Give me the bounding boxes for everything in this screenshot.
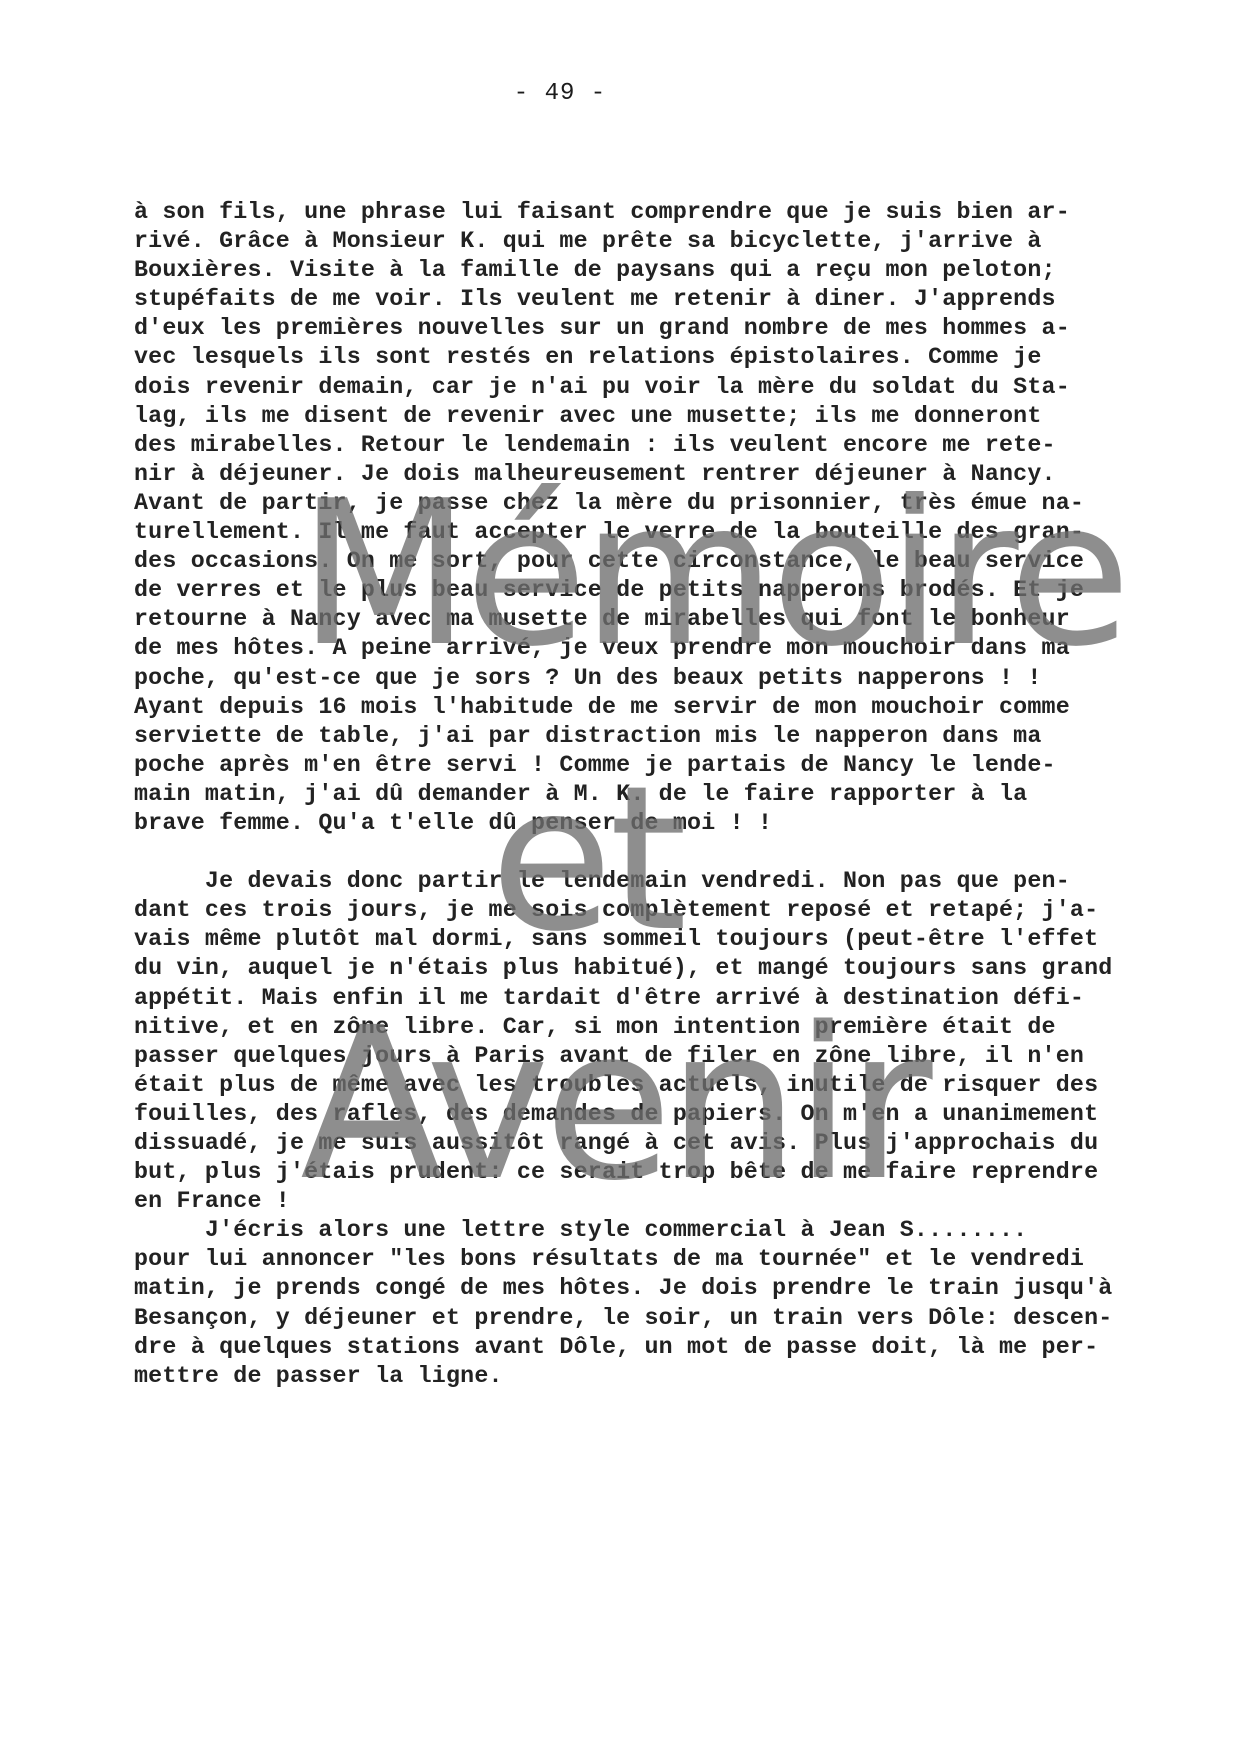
text-line: matin, je prends congé de mes hôtes. Je …	[134, 1274, 1134, 1303]
text-line: J'écris alors une lettre style commercia…	[134, 1216, 1134, 1245]
text-line: de mes hôtes. A peine arrivé, je veux pr…	[134, 634, 1134, 663]
text-line: vais même plutôt mal dormi, sans sommeil…	[134, 925, 1134, 954]
text-line: de verres et le plus beau service de pet…	[134, 576, 1134, 605]
text-line: Besançon, y déjeuner et prendre, le soir…	[134, 1304, 1134, 1333]
text-line: pour lui annoncer "les bons résultats de…	[134, 1245, 1134, 1274]
text-line: Je devais donc partir le lendemain vendr…	[134, 867, 1134, 896]
paragraph-2: Je devais donc partir le lendemain vendr…	[134, 867, 1134, 1216]
text-line: passer quelques jours à Paris avant de f…	[134, 1042, 1134, 1071]
body-text: à son fils, une phrase lui faisant compr…	[134, 198, 1134, 1391]
text-line: fouilles, des rafles, des demandes de pa…	[134, 1100, 1134, 1129]
text-line: appétit. Mais enfin il me tardait d'être…	[134, 984, 1134, 1013]
text-line: Bouxières. Visite à la famille de paysan…	[134, 256, 1134, 285]
text-line: Ayant depuis 16 mois l'habitude de me se…	[134, 693, 1134, 722]
text-line: brave femme. Qu'a t'elle dû penser de mo…	[134, 809, 1134, 838]
text-line: mettre de passer la ligne.	[134, 1362, 1134, 1391]
text-line: dissuadé, je me suis aussitôt rangé à ce…	[134, 1129, 1134, 1158]
text-line: à son fils, une phrase lui faisant compr…	[134, 198, 1134, 227]
text-line: était plus de même avec les troubles act…	[134, 1071, 1134, 1100]
text-line: serviette de table, j'ai par distraction…	[134, 722, 1134, 751]
text-line: dre à quelques stations avant Dôle, un m…	[134, 1333, 1134, 1362]
text-line: stupéfaits de me voir. Ils veulent me re…	[134, 285, 1134, 314]
text-line: du vin, auquel je n'étais plus habitué),…	[134, 954, 1134, 983]
paragraph-gap	[134, 838, 1134, 867]
text-line: dant ces trois jours, je me sois complèt…	[134, 896, 1134, 925]
text-line: en France !	[134, 1187, 1134, 1216]
text-line: rivé. Grâce à Monsieur K. qui me prête s…	[134, 227, 1134, 256]
paragraph-1: à son fils, une phrase lui faisant compr…	[134, 198, 1134, 838]
text-line: nir à déjeuner. Je dois malheureusement …	[134, 460, 1134, 489]
text-line: main matin, j'ai dû demander à M. K. de …	[134, 780, 1134, 809]
text-line: des occasions. On me sort, pour cette ci…	[134, 547, 1134, 576]
page-number: - 49 -	[0, 80, 1120, 107]
text-line: Avant de partir, je passe chez la mère d…	[134, 489, 1134, 518]
text-line: des mirabelles. Retour le lendemain : il…	[134, 431, 1134, 460]
text-line: turellement. Il me faut accepter le verr…	[134, 518, 1134, 547]
text-line: but, plus j'étais prudent: ce serait tro…	[134, 1158, 1134, 1187]
text-line: d'eux les premières nouvelles sur un gra…	[134, 314, 1134, 343]
text-line: dois revenir demain, car je n'ai pu voir…	[134, 373, 1134, 402]
text-line: poche après m'en être servi ! Comme je p…	[134, 751, 1134, 780]
text-line: nitive, et en zône libre. Car, si mon in…	[134, 1013, 1134, 1042]
text-line: poche, qu'est-ce que je sors ? Un des be…	[134, 664, 1134, 693]
text-line: lag, ils me disent de revenir avec une m…	[134, 402, 1134, 431]
text-line: vec lesquels ils sont restés en relation…	[134, 343, 1134, 372]
text-line: retourne à Nancy avec ma musette de mira…	[134, 605, 1134, 634]
paragraph-3: J'écris alors une lettre style commercia…	[134, 1216, 1134, 1391]
